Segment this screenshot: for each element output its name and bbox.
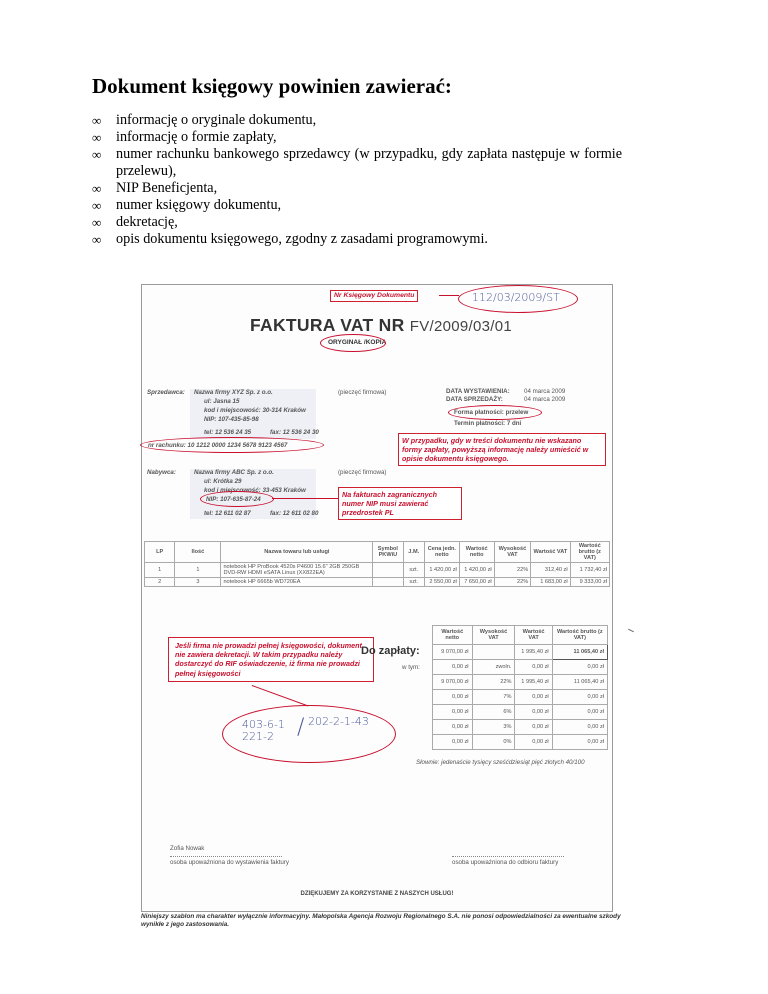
- amount-in-words: Słownie: jedenaście tysięcy sześćdziesią…: [416, 759, 585, 766]
- account-ellipse: [140, 437, 324, 453]
- doc-number-handwritten: 112/03/2009/ST: [472, 291, 560, 304]
- buyer-fax: fax: 12 611 02 80: [270, 510, 318, 517]
- payment-form-ellipse: [448, 405, 542, 420]
- thanks-message: DZIĘKUJEMY ZA KORZYSTANIE Z NASZYCH USŁU…: [142, 891, 612, 897]
- table-row: 0,00 zł7%0,00 zł0,00 zł: [433, 690, 608, 705]
- including-label: w tym:: [402, 664, 420, 671]
- list-item: ∞dekretację,: [92, 214, 622, 231]
- seller-nip: NIP: 107-435-85-98: [204, 416, 259, 423]
- list-item: ∞numer rachunku bankowego sprzedawcy (w …: [92, 146, 622, 180]
- table-row: 0,00 złzwoln.0,00 zł0,00 zł: [433, 660, 608, 675]
- infinity-bullet-icon: ∞: [92, 214, 101, 231]
- payment-note: W przypadku, gdy w treści dokumentu nie …: [398, 433, 606, 466]
- infinity-bullet-icon: ∞: [92, 197, 101, 214]
- decree-handwritten: 403-6-1 221-2: [242, 719, 285, 743]
- receiver-caption: osoba upoważniona do odbioru faktury: [452, 859, 558, 866]
- table-row: 9 070,00 zł22%1 995,40 zł11 065,40 zł: [433, 675, 608, 690]
- table-row: 1 1 notebook HP ProBook 4520s P4600 15.6…: [145, 563, 610, 578]
- infinity-bullet-icon: ∞: [92, 231, 101, 248]
- nip-note: Na fakturach zagranicznych numer NIP mus…: [338, 487, 462, 520]
- bookkeeping-note: Jeśli firma nie prowadzi pełnej księgowo…: [168, 637, 374, 682]
- infinity-bullet-icon: ∞: [92, 146, 101, 163]
- connector-line: [439, 295, 459, 296]
- invoice-image: Nr Księgowy Dokumentu 112/03/2009/ST FAK…: [141, 284, 613, 912]
- list-item: ∞opis dokumentu księgowego, zgodny z zas…: [92, 231, 622, 248]
- payment-term: Termin płatności: 7 dni: [454, 420, 521, 427]
- receiver-signature-line: [452, 856, 564, 857]
- buyer-street: ul: Krótka 29: [204, 478, 241, 485]
- buyer-label: Nabywca:: [147, 469, 176, 476]
- connector-line: [272, 498, 338, 499]
- table-row: 0,00 zł6%0,00 zł0,00 zł: [433, 705, 608, 720]
- sale-date-value: 04 marca 2009: [524, 396, 565, 403]
- table-header-row: Wartość netto Wysokość VAT Wartość VAT W…: [433, 626, 608, 645]
- seller-name: Nazwa firmy XYZ Sp. z o.o.: [194, 389, 273, 396]
- issue-date-label: DATA WYSTAWIENIA:: [446, 388, 510, 395]
- connector-line: [252, 685, 309, 707]
- list-item: ∞NIP Beneficjenta,: [92, 180, 622, 197]
- decree-right: 202-2-1-43: [308, 715, 369, 728]
- sale-date-label: DATA SPRZEDAŻY:: [446, 396, 503, 403]
- original-ellipse: [320, 334, 386, 352]
- list-item: ∞informację o oryginale dokumentu,: [92, 112, 622, 129]
- issuer-signature-line: [170, 856, 282, 857]
- infinity-bullet-icon: ∞: [92, 180, 101, 197]
- seller-label: Sprzedawca:: [147, 389, 185, 396]
- seller-stamp: (pieczęć firmowa): [338, 389, 386, 396]
- items-table: LP Ilość Nazwa towaru lub usługi Symbol …: [144, 541, 610, 587]
- infinity-bullet-icon: ∞: [92, 129, 101, 146]
- list-item: ∞numer księgowy dokumentu,: [92, 197, 622, 214]
- infinity-bullet-icon: ∞: [92, 112, 101, 129]
- seller-tel: tel: 12 536 24 35: [204, 429, 251, 436]
- issuer-name: Zofia Nowak: [170, 845, 204, 852]
- table-row: 0,00 zł3%0,00 zł0,00 zł: [433, 720, 608, 735]
- table-row: 2 3 notebook HP 6665b WD720EA szt. 2 550…: [145, 578, 610, 587]
- list-item: ∞informację o formie zapłaty,: [92, 129, 622, 146]
- page-heading: Dokument księgowy powinien zawierać:: [92, 74, 452, 99]
- seller-city: kod i miejscowość: 30-314 Kraków: [204, 407, 306, 414]
- seller-fax: fax: 12 536 24 30: [270, 429, 319, 436]
- issue-date-value: 04 marca 2009: [524, 388, 565, 395]
- invoice-title: FAKTURA VAT NR FV/2009/03/01: [250, 315, 512, 336]
- issuer-caption: osoba upoważniona do wystawienia faktury: [170, 859, 289, 866]
- table-header-row: LP Ilość Nazwa towaru lub usługi Symbol …: [145, 542, 610, 563]
- requirements-list: ∞informację o oryginale dokumentu, ∞info…: [92, 112, 622, 248]
- buyer-tel: tel: 12 611 02 87: [204, 510, 251, 517]
- invoice-number: FV/2009/03/01: [410, 318, 512, 335]
- disclaimer: Niniejszy szablon ma charakter wyłącznie…: [141, 913, 621, 929]
- seller-street: ul: Jasna 15: [204, 398, 239, 405]
- doc-number-label: Nr Księgowy Dokumentu: [330, 290, 418, 302]
- table-row: 0,00 zł0%0,00 zł0,00 zł: [433, 735, 608, 750]
- buyer-name: Nazwa firmy ABC Sp. z o.o.: [194, 469, 274, 476]
- decree-divider: /: [297, 715, 304, 740]
- due-label: Do zapłaty:: [361, 645, 420, 657]
- nip-ellipse: [200, 491, 274, 507]
- table-row: 9 070,00 zł 1 995,40 zł 11 065,40 zł: [433, 645, 608, 660]
- summary-table: Wartość netto Wysokość VAT Wartość VAT W…: [432, 625, 608, 750]
- scan-mark: [628, 629, 634, 632]
- buyer-stamp: (pieczęć firmowa): [338, 469, 386, 476]
